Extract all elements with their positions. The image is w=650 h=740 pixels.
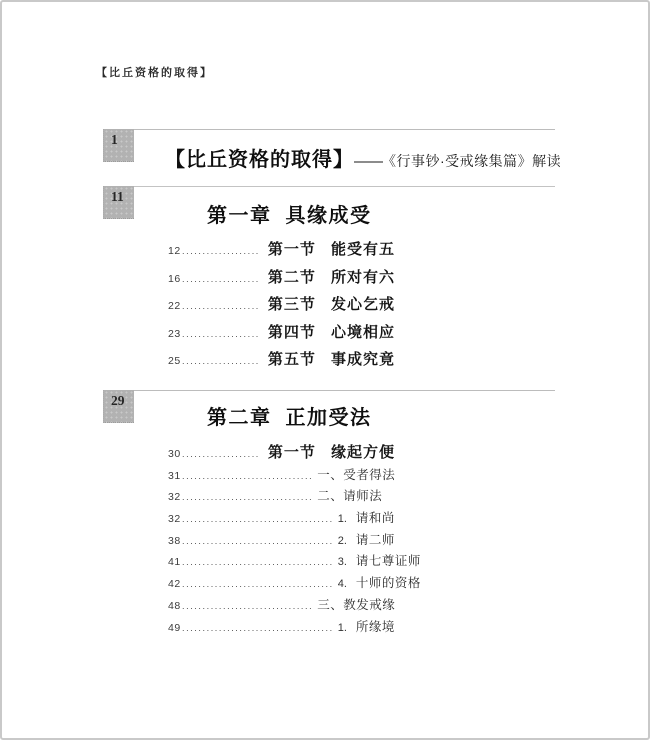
toc-row: 16第二节所对有六 bbox=[168, 264, 395, 292]
toc-row: 48三、教发戒缘 bbox=[168, 594, 421, 616]
chapter-label: 第一章 bbox=[207, 205, 272, 227]
toc-entry-number: 1. bbox=[338, 513, 347, 525]
toc-leader-dots bbox=[182, 449, 260, 459]
toc-entry-number: 1. bbox=[338, 622, 347, 634]
toc-entry-title: 心境相应 bbox=[331, 324, 395, 341]
toc-row: 31一、受者得法 bbox=[168, 464, 421, 486]
section-rule bbox=[103, 186, 555, 187]
toc-page-number: 23 bbox=[168, 321, 182, 349]
toc-entry-title: 请七尊证师 bbox=[356, 554, 421, 568]
toc-leader-dots bbox=[182, 274, 260, 284]
toc-page-number: 32 bbox=[168, 509, 182, 531]
toc-entry-title: 十师的资格 bbox=[356, 576, 421, 590]
toc-entry-title: 所缘境 bbox=[356, 620, 395, 634]
toc-entry-title: 二、请师法 bbox=[317, 489, 382, 503]
page-number-box: 29 bbox=[103, 390, 134, 423]
book-title-main: 【比丘资格的取得】 bbox=[165, 149, 354, 171]
toc-page-number: 30 bbox=[168, 444, 182, 466]
toc-entry-title: 请二师 bbox=[356, 533, 395, 547]
toc-page-number: 12 bbox=[168, 238, 182, 266]
toc-row: 413.请七尊证师 bbox=[168, 550, 421, 572]
toc-leader-dots bbox=[182, 623, 334, 633]
running-header: 【比丘资格的取得】 bbox=[96, 64, 213, 80]
toc-row: 491.所缘境 bbox=[168, 616, 421, 638]
toc-row: 424.十师的资格 bbox=[168, 572, 421, 594]
toc-entry-label: 第四节 bbox=[268, 324, 316, 341]
toc-leader-dots bbox=[182, 579, 334, 589]
toc-leader-dots bbox=[182, 601, 313, 611]
toc-leader-dots bbox=[182, 492, 313, 502]
toc-entry-label: 第二节 bbox=[268, 269, 316, 286]
toc-page-number: 22 bbox=[168, 293, 182, 321]
toc-row: 22第三节发心乞戒 bbox=[168, 291, 395, 319]
chapter-label: 第二章 bbox=[207, 407, 272, 429]
toc-leader-dots bbox=[182, 514, 334, 524]
toc-entry-label: 第三节 bbox=[268, 296, 316, 313]
toc-leader-dots bbox=[182, 246, 260, 256]
toc-leader-dots bbox=[182, 329, 260, 339]
toc-page-number: 25 bbox=[168, 348, 182, 376]
chapter-name: 正加受法 bbox=[286, 407, 372, 429]
toc-row: 32二、请师法 bbox=[168, 485, 421, 507]
toc-page-number: 32 bbox=[168, 487, 182, 509]
toc-leader-dots bbox=[182, 471, 313, 481]
toc-row: 321.请和尚 bbox=[168, 507, 421, 529]
toc-entry-title: 能受有五 bbox=[331, 241, 395, 258]
toc-page-number: 38 bbox=[168, 531, 182, 553]
toc-leader-dots bbox=[182, 536, 334, 546]
toc-entry-label: 第一节 bbox=[268, 444, 316, 461]
toc-row: 25第五节事成究竟 bbox=[168, 346, 395, 374]
toc-page-number: 49 bbox=[168, 618, 182, 640]
toc-page-number: 48 bbox=[168, 596, 182, 618]
toc-entry-title: 发心乞戒 bbox=[331, 296, 395, 313]
toc-entry-number: 3. bbox=[338, 556, 347, 568]
toc-page-number: 31 bbox=[168, 466, 182, 488]
toc-leader-dots bbox=[182, 301, 260, 311]
chapter-title: 第一章具缘成受 bbox=[207, 199, 372, 228]
toc-page-number: 42 bbox=[168, 574, 182, 596]
toc-row: 23第四节心境相应 bbox=[168, 319, 395, 347]
toc-entry-number: 2. bbox=[338, 535, 347, 547]
section-rule bbox=[103, 129, 555, 130]
toc-entry-title: 请和尚 bbox=[356, 511, 395, 525]
toc-page-number: 16 bbox=[168, 266, 182, 294]
chapter-1-entries: 12第一节能受有五 16第二节所对有六 22第三节发心乞戒 23第四节心境相应 … bbox=[168, 236, 395, 374]
section-rule bbox=[103, 390, 555, 391]
toc-entry-title: 一、受者得法 bbox=[317, 468, 395, 482]
toc-entry-title: 缘起方便 bbox=[331, 444, 395, 461]
book-title: 【比丘资格的取得】——《行事钞·受戒缘集篇》解读 bbox=[165, 143, 561, 172]
toc-entry-title: 三、教发戒缘 bbox=[317, 598, 395, 612]
toc-entry-label: 第五节 bbox=[268, 351, 316, 368]
toc-entry-title: 所对有六 bbox=[331, 269, 395, 286]
book-title-dash: —— bbox=[354, 153, 382, 170]
chapter-name: 具缘成受 bbox=[286, 205, 372, 227]
toc-row: 12第一节能受有五 bbox=[168, 236, 395, 264]
toc-entry-label: 第一节 bbox=[268, 241, 316, 258]
page-number-box: 1 bbox=[103, 129, 134, 162]
toc-entry-number: 4. bbox=[338, 578, 347, 590]
book-title-subtitle: 《行事钞·受戒缘集篇》解读 bbox=[382, 153, 561, 169]
page-number-box: 11 bbox=[103, 186, 134, 219]
toc-row: 30第一节缘起方便 bbox=[168, 442, 421, 464]
toc-leader-dots bbox=[182, 557, 334, 567]
chapter-2-entries: 30第一节缘起方便 31一、受者得法 32二、请师法 321.请和尚 382.请… bbox=[168, 442, 421, 637]
chapter-title: 第二章正加受法 bbox=[207, 401, 372, 430]
book-toc-page: 【比丘资格的取得】 1 【比丘资格的取得】——《行事钞·受戒缘集篇》解读 11 … bbox=[0, 0, 650, 740]
toc-leader-dots bbox=[182, 356, 260, 366]
toc-row: 382.请二师 bbox=[168, 529, 421, 551]
toc-page-number: 41 bbox=[168, 552, 182, 574]
toc-entry-title: 事成究竟 bbox=[331, 351, 395, 368]
